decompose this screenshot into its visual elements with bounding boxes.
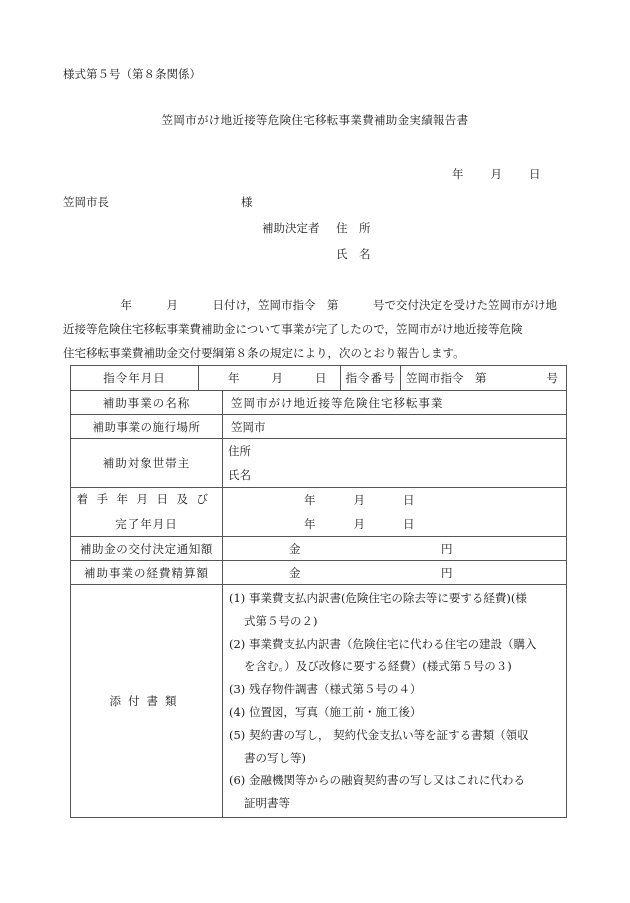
order-number-label: 指令番号 (340, 366, 400, 390)
grant-notice-amount-prefix: 金 (289, 541, 301, 557)
applicant-label: 補助決定者 (262, 220, 320, 236)
order-date-day: 日 (315, 370, 327, 386)
statement-line-2: 近接等危険住宅移転事業費補助金について事業が完了したので，笠岡市がけ地近接等危険 (63, 317, 583, 341)
table-row-grant-notice-amount: 補助金の交付決定通知額 金 円 (71, 536, 566, 560)
attachment-item-6-cont: 証明書等 (229, 792, 290, 815)
attachment-item-5: (5) 契約書の写し， 契約代金支払い等を証する書類（領収 (229, 724, 529, 747)
table-row-order: 指令年月日 年月日 指令番号 笠岡市指令 第 号 (71, 366, 566, 390)
addressee-honorific: 様 (241, 194, 253, 210)
statement-line-3: 住宅移転事業費補助金交付要綱第８条の規定により，次のとおり報告します。 (63, 341, 583, 365)
settlement-amount-field[interactable]: 金 円 (222, 561, 566, 584)
start-end-label: 着手年月日及び 完了年月日 (71, 488, 222, 536)
attachment-item-3: (3) 残存物件調書（様式第５号の４） (229, 678, 421, 701)
table-row-start-end-dates: 着手年月日及び 完了年月日 年月日 年月日 (71, 487, 566, 536)
order-date-year: 年 (228, 370, 240, 386)
report-table: 指令年月日 年月日 指令番号 笠岡市指令 第 号 補助事業の名称 笠岡市がけ地近… (70, 365, 567, 818)
order-number-prefix: 笠岡市指令 第 (406, 370, 487, 386)
applicant-address-label: 住 所 (336, 220, 371, 236)
household-name-field[interactable]: 氏名 (228, 463, 251, 487)
document-title: 笠岡市がけ地近接等危険住宅移転事業費補助金実績報告書 (0, 112, 630, 128)
table-row-attachments: 添付書類 (1) 事業費支払内訳書(危険住宅の除去等に要する経費)(様 式第５号… (71, 584, 566, 817)
end-date-field[interactable]: 年月日 (304, 512, 415, 536)
settlement-amount-label: 補助事業の経費精算額 (71, 561, 222, 584)
settlement-amount-prefix: 金 (289, 565, 301, 581)
order-date-label: 指令年月日 (71, 366, 198, 390)
start-end-fields: 年月日 年月日 (222, 488, 566, 536)
project-name-label: 補助事業の名称 (71, 391, 222, 414)
household-head-fields: 住所 氏名 (222, 439, 566, 487)
start-month: 月 (354, 493, 366, 507)
household-address-field[interactable]: 住所 (228, 439, 251, 463)
applicant-name-label: 氏 名 (336, 246, 371, 262)
grant-notice-amount-suffix: 円 (441, 541, 453, 557)
household-head-label: 補助対象世帯主 (71, 439, 222, 487)
order-date-month: 月 (272, 370, 284, 386)
attachment-item-4: (4) 位置図，写真（施工前・施工後） (229, 701, 421, 724)
start-date-label: 着手年月日及び (77, 487, 217, 512)
settlement-amount-suffix: 円 (441, 565, 453, 581)
attachment-item-2-cont: を含む。）及び改修に要する経費）(様式第５号の３) (229, 655, 512, 678)
attachments-list: (1) 事業費支払内訳書(危険住宅の除去等に要する経費)(様 式第５号の２) (… (222, 585, 566, 817)
attachments-label: 添付書類 (71, 585, 222, 817)
start-year: 年 (304, 493, 316, 507)
attachment-item-5-cont: 書の写し等) (229, 747, 306, 770)
start-date-field[interactable]: 年月日 (304, 488, 415, 512)
end-month: 月 (354, 517, 366, 531)
addressee-name: 笠岡市長 (63, 194, 109, 210)
end-date-label: 完了年月日 (115, 512, 178, 537)
table-row-settlement-amount: 補助事業の経費精算額 金 円 (71, 560, 566, 584)
table-row-household-head: 補助対象世帯主 住所 氏名 (71, 438, 566, 487)
project-location-label: 補助事業の施行場所 (71, 415, 222, 438)
attachment-item-2: (2) 事業費支払内訳書（危険住宅に代わる住宅の建設（購入 (229, 633, 536, 656)
form-number: 様式第５号（第８条関係） (63, 66, 201, 82)
table-row-project-name: 補助事業の名称 笠岡市がけ地近接等危険住宅移転事業 (71, 390, 566, 414)
date-month-label: 月 (491, 166, 503, 182)
end-day: 日 (403, 517, 415, 531)
report-statement: 年 月 日付け，笠岡市指令 第 号で交付決定を受けた笠岡市がけ地 近接等危険住宅… (63, 293, 583, 365)
project-name-value: 笠岡市がけ地近接等危険住宅移転事業 (222, 391, 566, 414)
submission-date: 年月日 (452, 166, 541, 182)
attachment-item-1: (1) 事業費支払内訳書(危険住宅の除去等に要する経費)(様 (229, 587, 527, 610)
date-day-label: 日 (529, 166, 541, 182)
project-location-value: 笠岡市 (222, 415, 566, 438)
grant-notice-amount-label: 補助金の交付決定通知額 (71, 537, 222, 560)
end-year: 年 (304, 517, 316, 531)
order-number-field[interactable]: 笠岡市指令 第 号 (400, 366, 566, 390)
attachment-item-6: (6) 金融機関等からの融資契約書の写し又はこれに代わる (229, 769, 525, 792)
statement-line-1: 年 月 日付け，笠岡市指令 第 号で交付決定を受けた笠岡市がけ地 (63, 293, 583, 317)
order-number-suffix: 号 (547, 370, 559, 386)
grant-notice-amount-field[interactable]: 金 円 (222, 537, 566, 560)
attachment-item-1-cont: 式第５号の２) (229, 610, 318, 633)
start-day: 日 (403, 493, 415, 507)
table-row-project-location: 補助事業の施行場所 笠岡市 (71, 414, 566, 438)
order-date-field[interactable]: 年月日 (198, 366, 340, 390)
date-year-label: 年 (452, 166, 464, 182)
